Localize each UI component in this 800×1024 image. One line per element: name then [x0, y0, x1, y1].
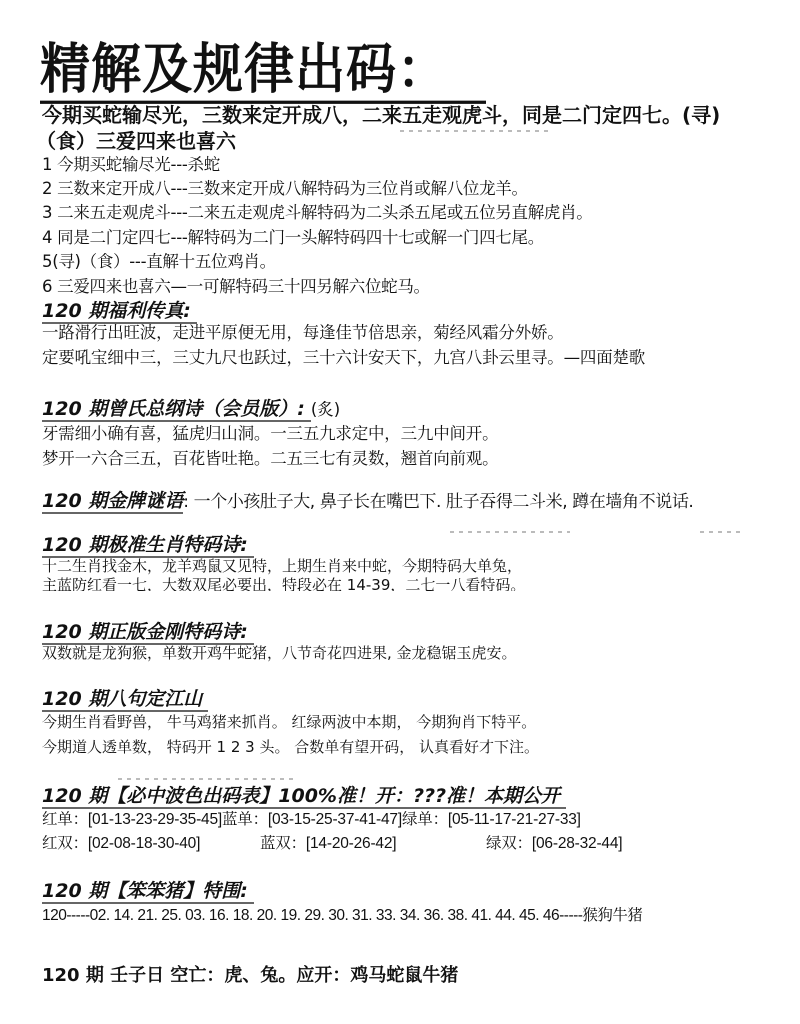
wave-red-odd-label: 红单：: [42, 810, 88, 830]
page-title: 精解及规律出码：: [40, 38, 486, 104]
zeng-poem-suffix: (炙): [311, 400, 340, 419]
welfare-fax-line: 一路滑行出旺波，走进平原便无用，每逢佳节倍思亲，菊经风霜分外娇。: [42, 322, 564, 344]
eight-lines-line: 今期生肖看野兽， 牛马鸡猪来抓肖。 红绿两波中本期， 今期狗肖下特平。: [42, 712, 536, 732]
wave-green-odd-value: [05-11-17-21-27-33]: [448, 810, 581, 830]
section-heading-pig-range: 120 期【笨笨猪】特围:: [42, 880, 254, 904]
wave-blue-even-label: 蓝双：: [260, 835, 306, 852]
wave-red-odd-value: [01-13-23-29-35-45]: [88, 810, 222, 830]
wave-green-even-label: 绿双：: [486, 835, 532, 852]
watermark-noise: [118, 778, 298, 780]
interpretation-item: 1 今期买蛇输尽光---杀蛇: [42, 154, 220, 176]
wave-row-even: 红双：[02-08-18-30-40]蓝双：[14-20-26-42]绿双：[0…: [42, 834, 762, 854]
zeng-poem-line: 牙需细小确有喜，猛虎归山洞。一三五九求定中，三九中间开。: [42, 423, 498, 445]
interpretation-item: 4 同是二门定四七---解特码为二门一头解特码四十七或解一门四七尾。: [42, 227, 544, 249]
section-heading-zeng-poem: 120 期曾氏总纲诗（会员版）:: [42, 398, 311, 422]
interpretation-item: 6 三爱四来也喜六—一可解特码三十四另解六位蛇马。: [42, 276, 430, 298]
wave-row-odd: 红单：[01-13-23-29-35-45]蓝单：[03-15-25-37-41…: [42, 810, 581, 830]
watermark-noise: [400, 130, 550, 132]
pig-range-line: 120-----02. 14. 21. 25. 03. 16. 18. 20. …: [42, 906, 642, 926]
wave-green-odd-label: 绿单：: [402, 810, 448, 830]
interpretation-item: 3 二来五走观虎斗---二来五走观虎斗解特码为二头杀五尾或五位另直解虎肖。: [42, 202, 593, 224]
wave-blue-even: 蓝双：[14-20-26-42]: [260, 834, 486, 854]
welfare-fax-line: 定要吼宝细中三，三丈九尺也跃过，三十六计安天下，九宫八卦云里寻。—四面楚歌: [42, 347, 645, 369]
wave-green-even: 绿双：[06-28-32-44]: [486, 834, 622, 854]
wave-red-even: 红双：[02-08-18-30-40]: [42, 834, 260, 854]
section-heading-zodiac-poem: 120 期极准生肖特码诗:: [42, 534, 254, 558]
section-heading-eight-lines: 120 期八句定江山: [42, 688, 208, 712]
interpretation-item: 5(寻)（食）---直解十五位鸡肖。: [42, 251, 276, 273]
zodiac-poem-line: 十二生肖找金木，龙羊鸡鼠又见特，上期生肖来中蛇，今期特码大单兔，: [42, 556, 522, 576]
gold-riddle-text: : 一个小孩肚子大, 鼻子长在嘴巴下. 肚子吞得二斗米, 蹲在墙角不说话.: [183, 492, 693, 512]
wave-blue-odd-label: 蓝单：: [222, 810, 268, 830]
wave-red-even-label: 红双：: [42, 835, 88, 852]
intro-line-1: 今期买蛇输尽光，三数来定开成八，二来五走观虎斗，同是二门定四七。(寻): [42, 102, 720, 128]
interpretation-item: 2 三数来定开成八---三数来定开成八解特码为三位肖或解八位龙羊。: [42, 178, 528, 200]
section-heading-gold-riddle: 120 期金牌谜语: [42, 490, 183, 514]
section-heading-zeng-poem-wrap: 120 期曾氏总纲诗（会员版）:(炙): [42, 398, 340, 421]
watermark-noise: [700, 531, 740, 533]
intro-line-2: （食）三爱四来也喜六: [36, 128, 236, 154]
final-summary-line: 120 期 壬子日 空亡：虎、兔。应开：鸡马蛇鼠牛猪: [42, 964, 458, 988]
zodiac-poem-line: 主蓝防红看一七，大数双尾必要出，特段必在 14-39，二七一八看特码。: [42, 575, 525, 591]
zeng-poem-line: 梦开一六合三五，百花皆吐艳。二五三七有灵数，翘首向前观。: [42, 448, 498, 470]
wave-blue-even-value: [14-20-26-42]: [306, 835, 396, 852]
section-heading-wave-table: 120 期【必中波色出码表】100%准！开：???准！本期公开: [42, 785, 566, 809]
section-heading-welfare-fax: 120 期福利传真:: [42, 300, 197, 324]
watermark-noise: [450, 531, 570, 533]
wave-green-even-value: [06-28-32-44]: [532, 835, 622, 852]
wave-red-even-value: [02-08-18-30-40]: [88, 835, 200, 852]
diamond-poem-line: 双数就是龙狗猴，单数开鸡牛蛇猪，八节奇花四进果, 金龙稳锯玉虎安。: [42, 643, 517, 663]
eight-lines-line: 今期道人透单数， 特码开 1 2 3 头。 合数单有望开码， 认真看好才下注。: [42, 737, 539, 757]
section-heading-diamond-poem: 120 期正版金刚特码诗:: [42, 621, 254, 645]
gold-riddle-wrap: 120 期金牌谜语: 一个小孩肚子大, 鼻子长在嘴巴下. 肚子吞得二斗米, 蹲在…: [42, 490, 693, 513]
wave-blue-odd-value: [03-15-25-37-41-47]: [268, 810, 402, 830]
